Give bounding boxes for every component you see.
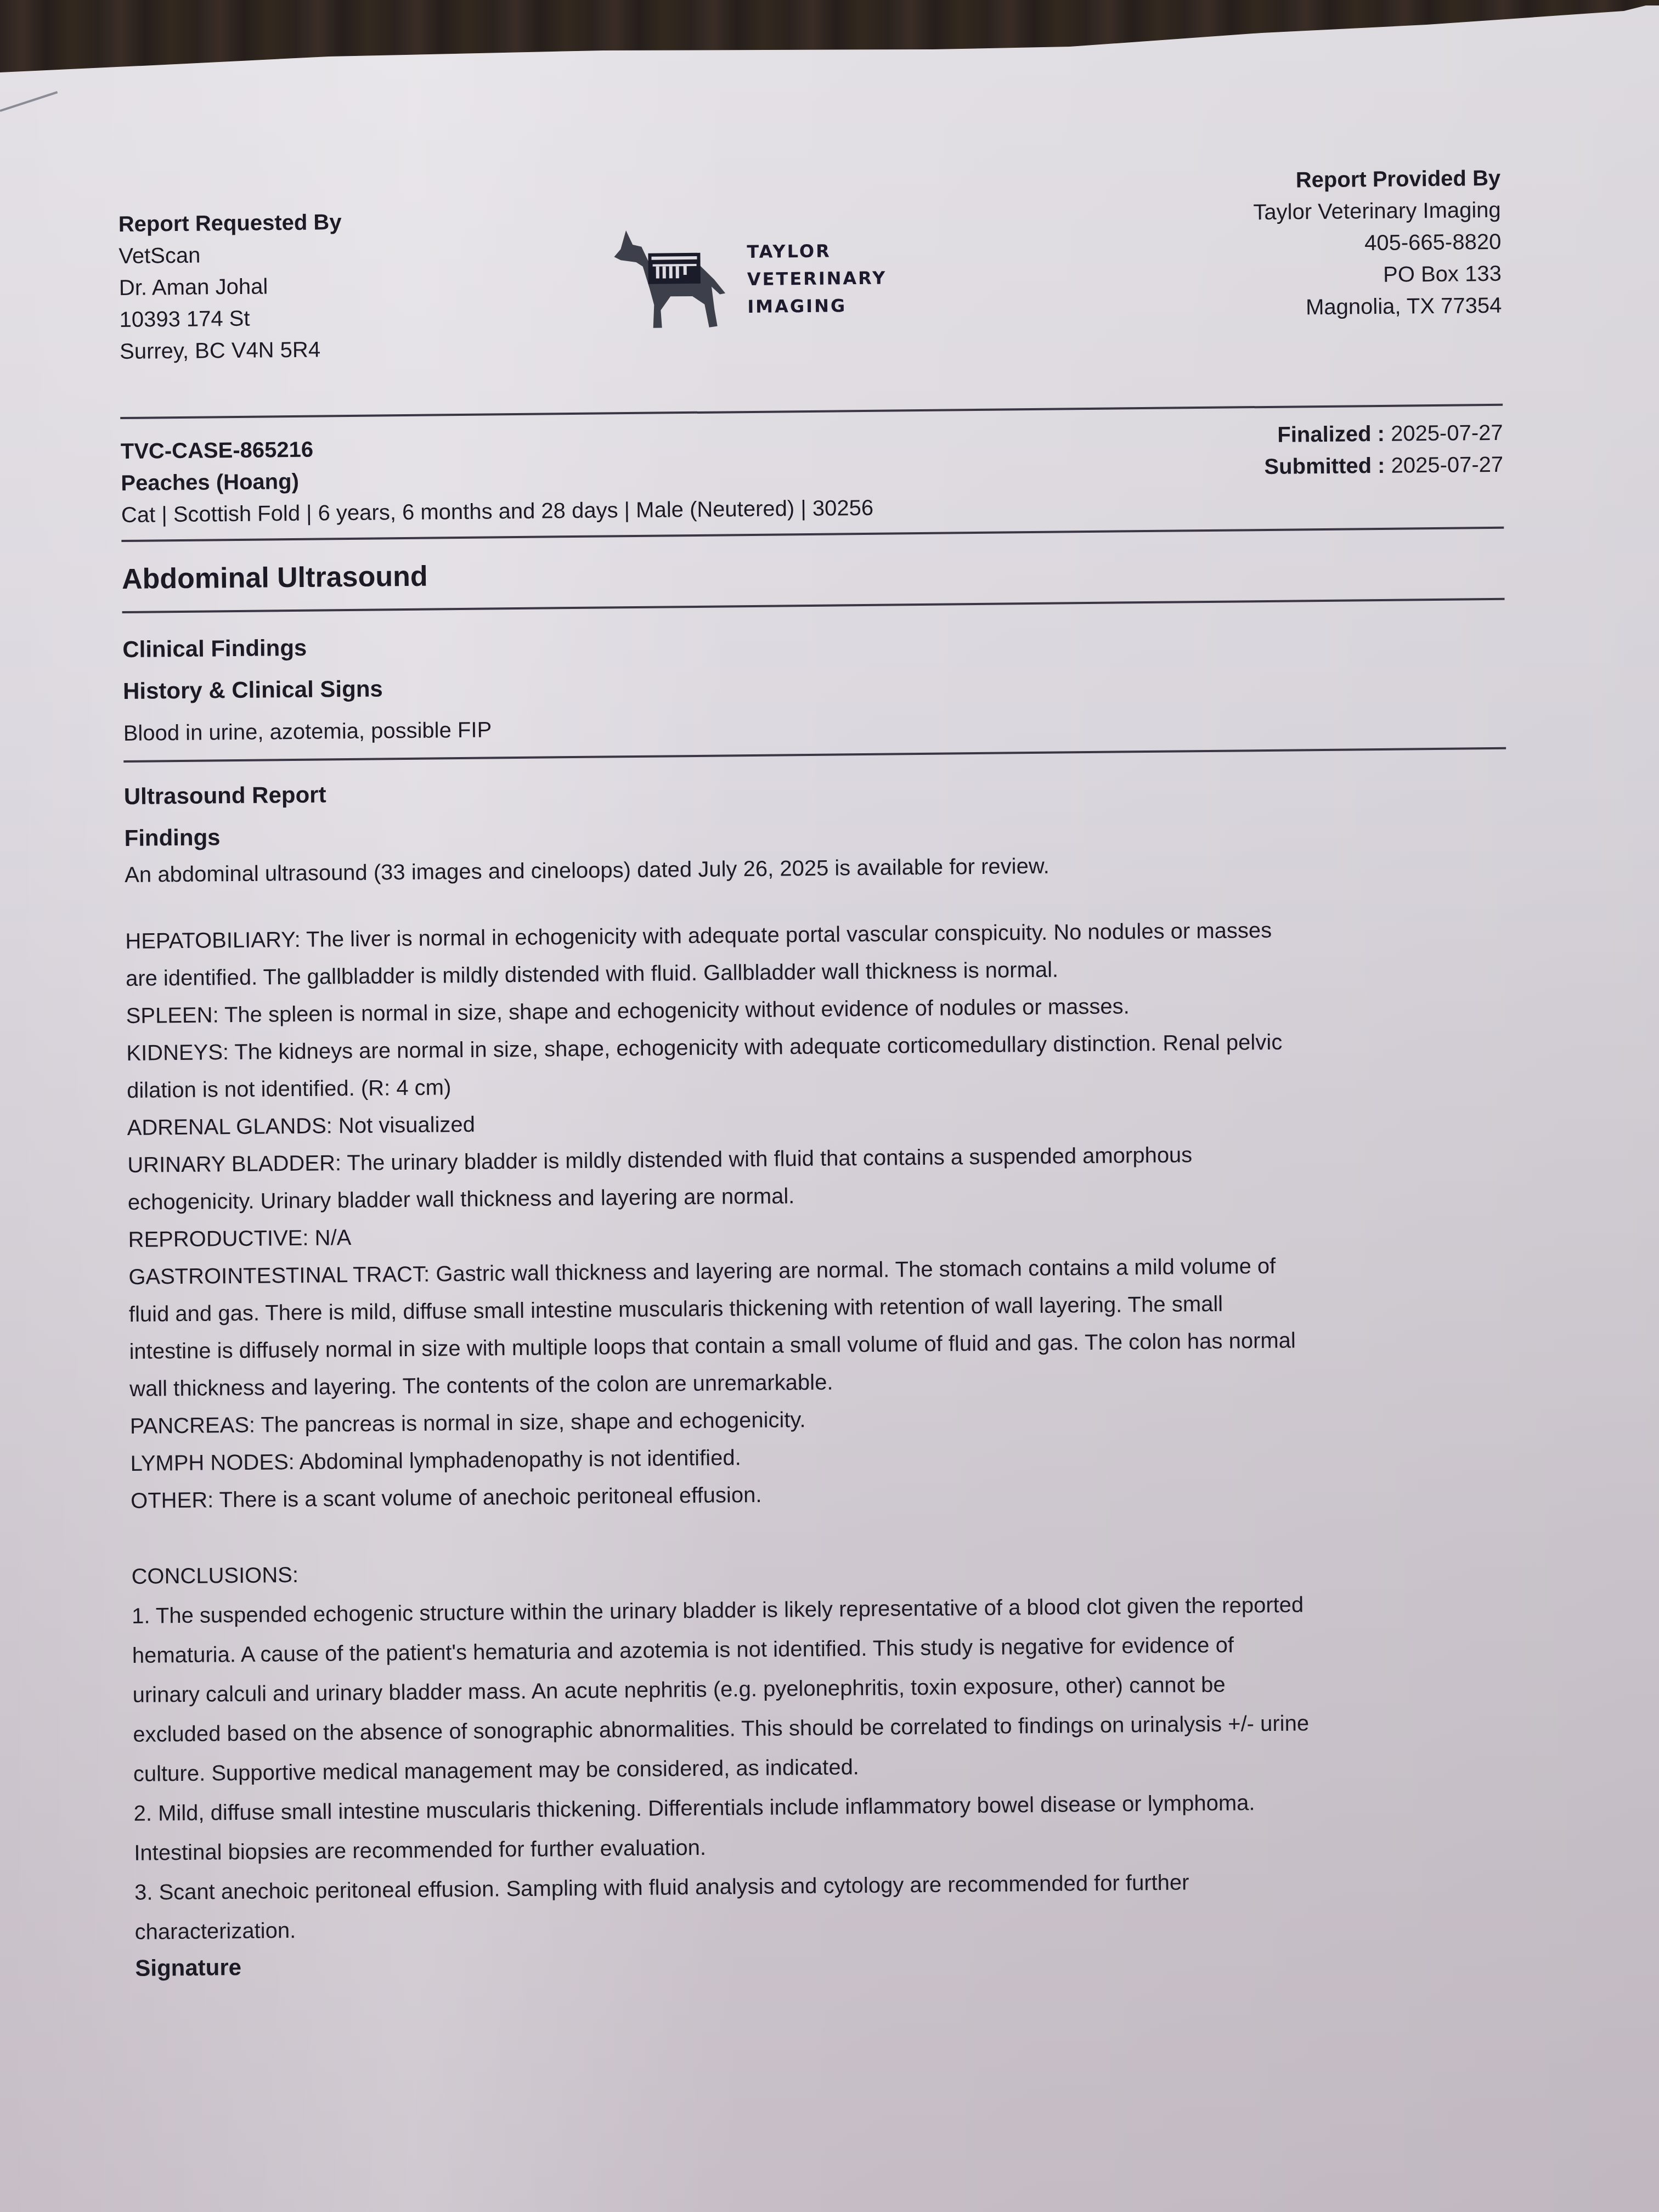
report-title: Abdominal Ultrasound xyxy=(121,529,1504,611)
report-header: Report Requested By VetScan Dr. Aman Joh… xyxy=(118,162,1503,417)
finalized-value: 2025-07-27 xyxy=(1391,421,1503,446)
logo-line-3: IMAGING xyxy=(747,292,887,320)
provider-name: Taylor Veterinary Imaging xyxy=(1253,194,1501,228)
finalized-label: Finalized xyxy=(1277,422,1372,447)
provider-city: Magnolia, TX 77354 xyxy=(1254,290,1502,324)
clinical-findings-section: Clinical Findings History & Clinical Sig… xyxy=(122,600,1506,760)
submitted-label: Submitted xyxy=(1264,454,1372,479)
company-logo: TAYLOR VETERINARY IMAGING xyxy=(610,226,887,333)
history-text: Blood in urine, azotemia, possible FIP xyxy=(123,704,1505,749)
conclusions-section: CONCLUSIONS: 1. The suspended echogenic … xyxy=(131,1544,1517,1952)
logo-line-2: VETERINARY xyxy=(747,264,887,293)
logo-line-1: TAYLOR xyxy=(747,237,887,266)
case-info: TVC-CASE-865216 Peaches (Hoang) Cat | Sc… xyxy=(120,406,1504,540)
requesting-clinic: VetScan xyxy=(119,238,342,272)
requested-by-block: Report Requested By VetScan Dr. Aman Joh… xyxy=(119,206,343,368)
logo-wordmark: TAYLOR VETERINARY IMAGING xyxy=(747,237,887,320)
report-document: Report Requested By VetScan Dr. Aman Joh… xyxy=(118,162,1517,1982)
finalized-date: Finalized : 2025-07-27 xyxy=(1264,417,1503,451)
provided-by-label: Report Provided By xyxy=(1253,162,1501,196)
ultrasound-report-section: Ultrasound Report Findings An abdominal … xyxy=(123,749,1517,1982)
requested-by-label: Report Requested By xyxy=(119,206,342,240)
submitted-value: 2025-07-27 xyxy=(1391,453,1503,478)
requesting-doctor: Dr. Aman Johal xyxy=(119,270,342,304)
provider-po-box: PO Box 133 xyxy=(1254,258,1502,292)
requesting-city: Surrey, BC V4N 5R4 xyxy=(120,334,343,368)
provided-by-block: Report Provided By Taylor Veterinary Ima… xyxy=(1253,162,1502,324)
submitted-date: Submitted : 2025-07-27 xyxy=(1264,449,1503,483)
findings-list: HEPATOBILIARY: The liver is normal in ec… xyxy=(125,910,1513,1520)
requesting-street: 10393 174 St xyxy=(119,302,342,336)
patient-signalment: Cat | Scottish Fold | 6 years, 6 months … xyxy=(121,492,874,531)
pen-mark xyxy=(0,91,58,112)
provider-phone: 405-665-8820 xyxy=(1254,226,1502,260)
dog-silhouette-icon xyxy=(610,227,737,332)
